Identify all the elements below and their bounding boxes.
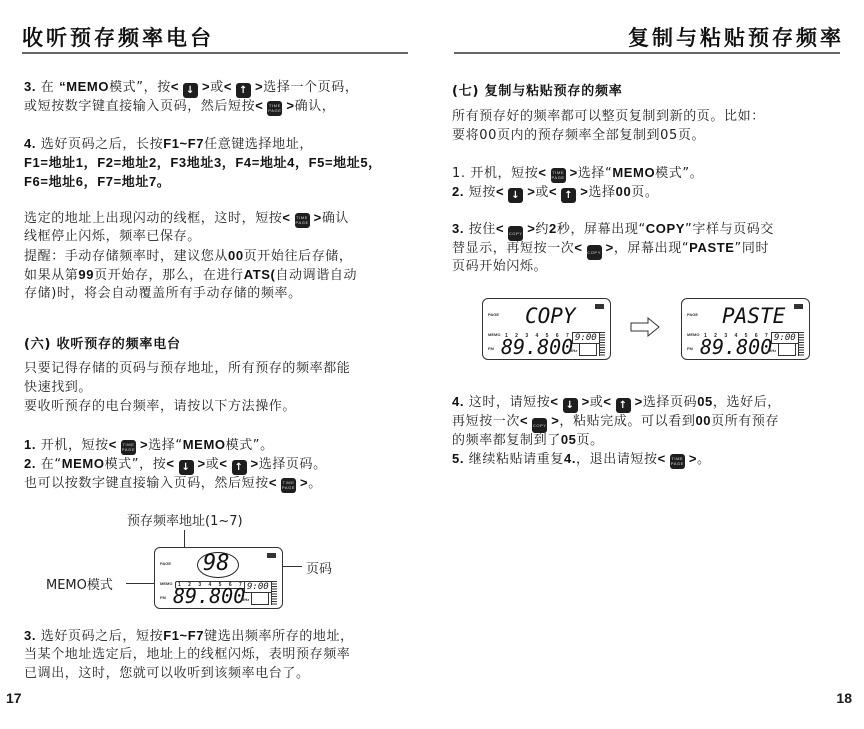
step3-recall-line3: 已调出，这时，您就可以收听到该频率电台了。 [24, 664, 310, 683]
step4-line2: F1=地址1，F2=地址2，F3地址3，F4=地址4，F5=地址5， [24, 153, 382, 172]
signal-bars-icon [271, 581, 277, 605]
section7-intro2: 要将00页内的预存频率全部复制到05页。 [452, 126, 705, 145]
time-page-key-icon: TIMEPAGE [295, 213, 310, 228]
page-title: 收听预存频率电台 [22, 22, 214, 52]
section7-step2: 2. 短按<↓>或<↑>选择00页。 [452, 182, 658, 203]
lcd-page-number: 98 [203, 551, 230, 576]
memo-callout-line [126, 583, 154, 584]
lcd-main-text: COPY [525, 304, 576, 328]
hollow-right-arrow-icon [630, 317, 660, 337]
section6-intro3: 要收听预存的电台频率，请按以下方法操作。 [24, 397, 296, 416]
section6-step2: 2. 在“MEMO模式”，按<↓>或<↑>选择页码。 [24, 454, 327, 475]
battery-icon [267, 553, 276, 558]
confirm-line1: 选定的地址上出现闪动的线框，这时，短按<TIMEPAGE>确认 [24, 208, 349, 228]
step3-store-line2: 或短按数字键直接输入页码，然后短按<TIMEPAGE>确认， [24, 96, 335, 116]
title-divider [22, 52, 408, 54]
time-page-key-icon: TIMEPAGE [670, 454, 685, 469]
page-number: 18 [836, 690, 852, 706]
step3-store-line1: 3. 在 “MEMO模式”，按<↓>或<↑>选择一个页码， [24, 77, 358, 98]
section-heading: (七) 复制与粘贴预存的频率 [452, 80, 623, 99]
section7-step1: 1. 开机，短按<TIMEPAGE>选择“MEMO模式”。 [452, 163, 703, 183]
time-page-key-icon: TIMEPAGE [267, 101, 282, 116]
lcd-main-text: PASTE [722, 304, 785, 328]
section7-step4-line3: 的频率都复制到了05页。 [452, 430, 604, 450]
signal-bars-icon [798, 332, 804, 356]
time-page-key-icon: TIMEPAGE [281, 478, 296, 493]
step3-recall-line1: 3. 选好页码之后，短按F1~F7键选出频率所存的地址， [24, 626, 354, 646]
lcd-display-copy: PAGE COPY MEMO 1 2 3 4 5 6 7 FM 89.800 M… [482, 298, 611, 360]
section7-step4-line1: 4. 这时，请短按<↓>或<↑>选择页码05，选好后， [452, 392, 781, 413]
time-page-key-icon: TIMEPAGE [121, 440, 136, 455]
section7-intro1: 所有预存好的频率都可以整页复制到新的页。比如： [452, 107, 765, 126]
section6-intro2: 快速找到。 [24, 378, 92, 397]
address-callout-label: 预存频率地址(1~7) [127, 510, 243, 529]
section7-step5: 5. 继续粘贴请重复4.，退出请短按<TIMEPAGE>。 [452, 449, 711, 469]
lcd-frequency: 89.800 [501, 335, 573, 359]
section-heading: (六) 收听预存的频率电台 [24, 333, 181, 352]
copy-key-icon: COPY [587, 245, 602, 260]
memo-callout-label: MEMO模式 [46, 574, 113, 593]
lcd-frequency: 89.800 [700, 335, 772, 359]
page-number: 17 [6, 690, 22, 706]
section7-step3-line3: 页码开始闪烁。 [452, 257, 547, 276]
lcd-frequency: 89.800 [173, 584, 245, 608]
reminder-line3: 存储)时，将会自动覆盖所有手动存储的频率。 [24, 284, 302, 303]
section6-intro1: 只要记得存储的页码与预存地址，所有预存的频率都能 [24, 359, 350, 378]
step3-recall-line2: 当某个地址选定后，地址上的线框闪烁，表明预存频率 [24, 645, 350, 664]
page-title: 复制与粘贴预存频率 [628, 22, 844, 52]
right-page: 复制与粘贴预存频率 (七) 复制与粘贴预存的频率 所有预存好的频率都可以整页复制… [432, 0, 864, 729]
time-page-key-icon: TIMEPAGE [551, 168, 566, 183]
lcd-display-memo: PAGE 98 MEMO 1 2 3 4 5 6 7 FM 89.800 MHz… [154, 547, 283, 609]
reminder-line2: 如果从第99页开始存，那么，在进行ATS(自动调谐自动 [24, 265, 357, 285]
reminder-line1: 提醒：手动存储频率时，建议您从00页开始往后存储， [24, 246, 353, 266]
step4-line1: 4. 选好页码之后，长按F1~F7任意键选择地址， [24, 134, 313, 154]
battery-icon [794, 304, 803, 309]
lcd-display-paste: PAGE PASTE MEMO 1 2 3 4 5 6 7 FM 89.800 … [681, 298, 810, 360]
step4-line3: F6=地址6，F7=地址7。 [24, 172, 170, 191]
left-page: 收听预存频率电台 3. 在 “MEMO模式”，按<↓>或<↑>选择一个页码， 或… [0, 0, 432, 729]
section6-step2-line2: 也可以按数字键直接输入页码，然后短按<TIMEPAGE>。 [24, 473, 322, 493]
section6-step1: 1. 开机，短按<TIMEPAGE>选择“MEMO模式”。 [24, 435, 274, 455]
signal-bars-icon [599, 332, 605, 356]
page-callout-label: 页码 [306, 558, 332, 577]
up-arrow-icon: ↑ [561, 188, 576, 203]
confirm-line2: 线框停止闪烁，频率已保存。 [24, 227, 201, 246]
battery-icon [595, 304, 604, 309]
down-arrow-icon: ↓ [508, 188, 523, 203]
title-divider [454, 52, 840, 54]
